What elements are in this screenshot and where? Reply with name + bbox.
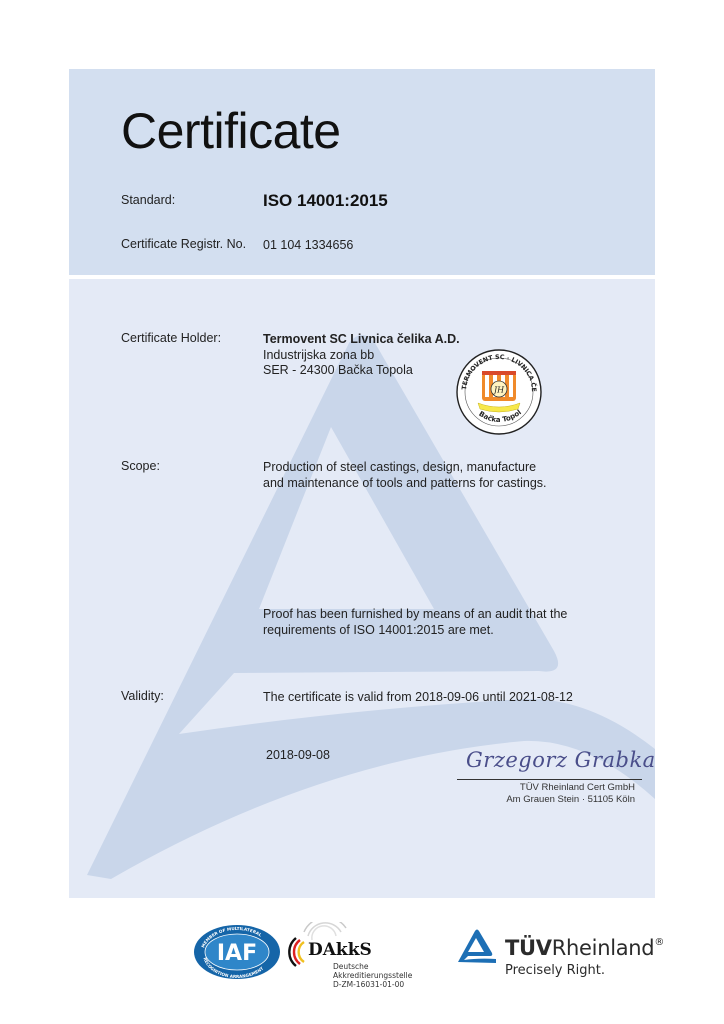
iaf-logo-icon: MEMBER OF MULTILATERAL RECOGNITION ARRAN… (193, 924, 281, 980)
signature-line (457, 779, 642, 780)
holder-address-line2: SER - 24300 Bačka Topola (263, 362, 413, 378)
dakks-line3: D-ZM-16031-01-00 (333, 980, 404, 989)
proof-line2: requirements of ISO 14001:2015 are met. (263, 622, 494, 638)
registered-mark: ® (654, 937, 664, 948)
holder-address-line1: Industrijska zona bb (263, 347, 374, 363)
company-seal-icon: TERMOVENT SC · LIVNICA ČELIKA · A.D. Bač… (454, 347, 544, 437)
standard-label: Standard: (121, 193, 175, 207)
validity-label: Validity: (121, 689, 164, 703)
holder-name: Termovent SC Livnica čelika A.D. (263, 331, 460, 347)
standard-value: ISO 14001:2015 (263, 193, 388, 209)
tuv-name-bold: TÜV (505, 936, 552, 960)
issue-date: 2018-09-08 (266, 747, 330, 763)
registration-value: 01 104 1334656 (263, 237, 353, 253)
issuer-address: Am Grauen Stein · 51105 Köln (506, 794, 635, 805)
svg-text:JH: JH (492, 386, 505, 395)
dakks-logo: DAkkS Deutsche Akkreditierungsstelle D-Z… (286, 922, 426, 992)
scope-line1: Production of steel castings, design, ma… (263, 459, 536, 475)
tuv-triangle-icon (456, 928, 498, 964)
certificate-title: Certificate (121, 102, 341, 160)
proof-line1: Proof has been furnished by means of an … (263, 606, 567, 622)
dakks-label: DAkkS (308, 940, 372, 960)
dakks-line2: Akkreditierungsstelle (333, 971, 412, 980)
holder-label: Certificate Holder: (121, 331, 221, 345)
tuv-brand-name: TÜVRheinland® (505, 936, 664, 960)
registration-label: Certificate Registr. No. (121, 237, 246, 251)
signature: Grzegorz Grabka (466, 748, 656, 772)
dakks-line1: Deutsche (333, 962, 368, 971)
scope-label: Scope: (121, 459, 160, 473)
svg-text:IAF: IAF (217, 941, 257, 966)
tuv-name-regular: Rheinland (552, 936, 655, 960)
scope-line2: and maintenance of tools and patterns fo… (263, 475, 547, 491)
validity-text: The certificate is valid from 2018-09-06… (263, 689, 573, 705)
issuer-name: TÜV Rheinland Cert GmbH (520, 782, 635, 793)
tuv-tagline: Precisely Right. (505, 963, 605, 978)
